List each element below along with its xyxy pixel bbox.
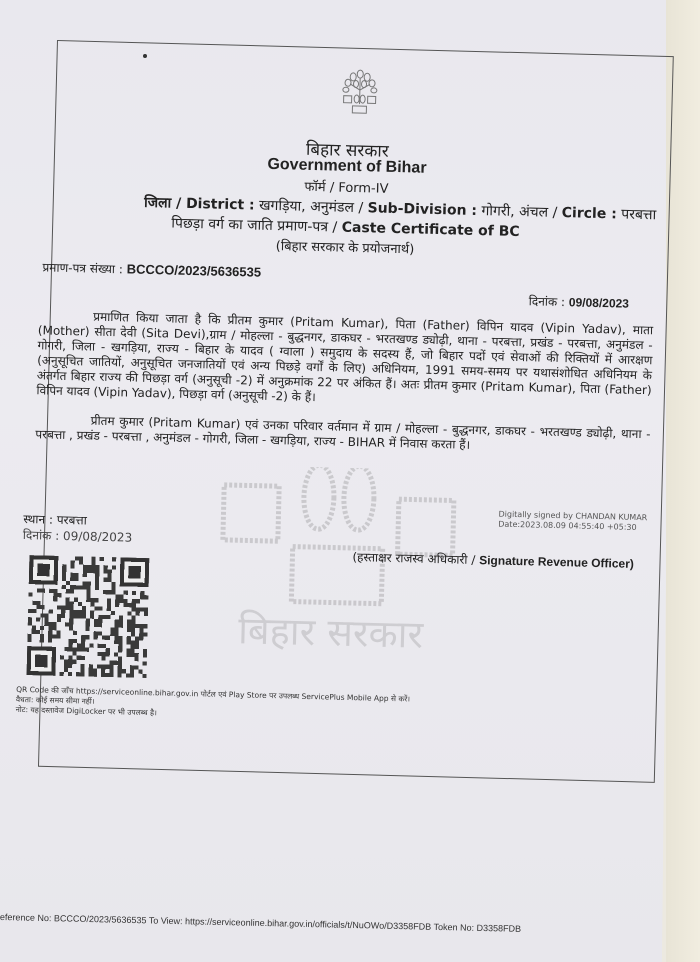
certificate-content: बिहार सरकार Government of Bihar फॉर्म / … (12, 40, 670, 795)
certificate-title-english: Caste Certificate of BC (342, 220, 520, 240)
signature-label-english: Signature Revenue Officer) (479, 553, 634, 571)
signature-label-hindi: (हस्ताक्षर राजस्व अधिकारी / (352, 550, 475, 567)
circle-value: परबत्ता (621, 206, 656, 223)
footnotes: QR Code की जाँच https://serviceonline.bi… (16, 685, 411, 725)
subdivision-label: Sub-Division : (367, 200, 477, 219)
certificate-number: प्रमाण-पत्र संख्या : BCCCO/2023/5636535 (42, 258, 261, 280)
issue-date: दिनांक : 09/08/2023 (529, 292, 630, 311)
certification-paragraph: प्रमाणित किया जाता है कि प्रीतम कुमार (P… (36, 308, 653, 413)
digital-signature: Digitally signed by CHANDAN KUMAR Date:2… (498, 510, 647, 534)
residence-paragraph: प्रीतम कुमार (Pritam Kumar) एवं उनका परि… (35, 412, 651, 457)
certificate-title-hindi: पिछड़ा वर्ग का जाति प्रमाण-पत्र / (171, 216, 337, 236)
certificate-number-label: प्रमाण-पत्र संख्या : (42, 260, 123, 276)
subdivision-value: गोगरी, अंचल / (481, 203, 557, 221)
issue-date-label: दिनांक : (529, 294, 566, 309)
scan-speck (143, 54, 147, 58)
issue-date-value: 09/08/2023 (569, 295, 629, 310)
place-date: दिनांक : 09/08/2023 (23, 526, 133, 546)
circle-label: Circle : (562, 205, 617, 222)
bodhi-tree-emblem-icon (335, 67, 384, 116)
watermark-text: बिहार सरकार (200, 602, 461, 660)
certificate-number-value: BCCCO/2023/5636535 (127, 261, 262, 279)
verification-qr-code[interactable] (26, 555, 149, 678)
district-label: जिला / District : (144, 195, 255, 214)
emblem-watermark-icon (201, 464, 464, 610)
district-value: खगड़िया, अनुमंडल / (259, 198, 363, 217)
